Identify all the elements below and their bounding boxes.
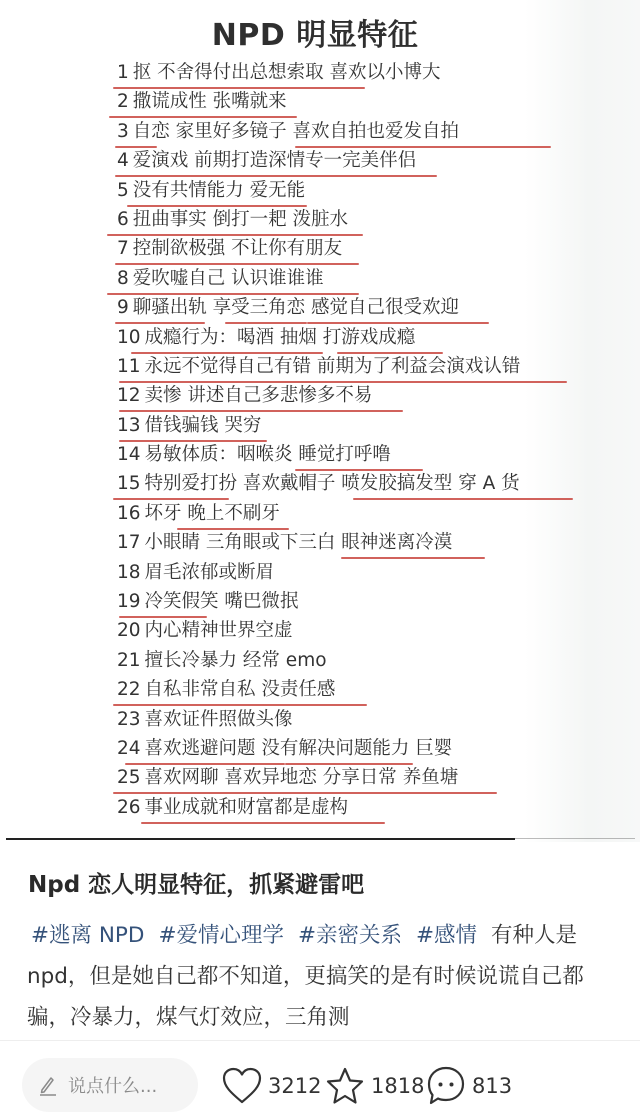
trait-item: 25喜欢网聊 喜欢异地恋 分享日常 养鱼塘 (117, 765, 617, 794)
trait-number: 8 (117, 268, 129, 289)
trait-number: 18 (117, 562, 141, 583)
like-count: 3212 (268, 1074, 321, 1098)
trait-item: 8爱吹嘘自己 认识谁谁谁 (117, 266, 617, 295)
post-body: #逃离 NPD#爱情心理学#亲密关系#感情有种人是npd，但是她自己都不知道，更… (27, 915, 607, 1038)
trait-number: 4 (117, 150, 129, 171)
trait-text: 眉毛浓郁或断眉 (145, 562, 275, 583)
trait-number: 6 (117, 209, 129, 230)
trait-text: 内心精神世界空虚 (145, 620, 293, 641)
trait-text: 自恋 家里好多镜子 喜欢自拍也爱发自拍 (133, 121, 459, 142)
trait-text: 自私非常自私 没责任感 (145, 679, 336, 700)
trait-item: 15特别爱打扮 喜欢戴帽子 喷发胶搞发型 穿 A 货 (117, 471, 617, 500)
comment-count: 813 (472, 1074, 512, 1098)
trait-item: 17小眼睛 三角眼或下三白 眼神迷离冷漠 (117, 530, 617, 559)
trait-number: 15 (117, 473, 141, 494)
trait-text: 易敏体质：咽喉炎 睡觉打呼噜 (145, 444, 391, 465)
heart-icon (222, 1067, 262, 1105)
trait-text: 喜欢逃避问题 没有解决问题能力 巨婴 (145, 738, 453, 759)
trait-item: 18眉毛浓郁或断眉 (117, 560, 617, 589)
trait-number: 10 (117, 327, 141, 348)
trait-item: 7控制欲极强 不让你有朋友 (117, 236, 617, 265)
trait-number: 20 (117, 620, 141, 641)
trait-number: 3 (117, 121, 129, 142)
trait-text: 永远不觉得自己有错 前期为了利益会演戏认错 (145, 356, 521, 377)
trait-number: 25 (117, 767, 141, 788)
star-icon (325, 1066, 365, 1106)
trait-text: 事业成就和财富都是虚构 (145, 797, 349, 818)
trait-item: 19冷笑假笑 嘴巴微抿 (117, 589, 617, 618)
trait-item: 21擅长冷暴力 经常 emo (117, 648, 617, 677)
trait-text: 扭曲事实 倒打一耙 泼脏水 (133, 209, 348, 230)
trait-item: 12卖惨 讲述自己多悲惨多不易 (117, 383, 617, 412)
trait-item: 2撒谎成性 张嘴就来 (117, 89, 617, 118)
post-image[interactable]: NPD 明显特征 1抠 不舍得付出总想索取 喜欢以小博大2撒谎成性 张嘴就来3自… (0, 0, 640, 842)
trait-item: 3自恋 家里好多镜子 喜欢自拍也爱发自拍 (117, 119, 617, 148)
trait-text: 没有共情能力 爱无能 (133, 180, 305, 201)
trait-text: 聊骚出轨 享受三角恋 感觉自己很受欢迎 (133, 297, 459, 318)
trait-text: 特别爱打扮 喜欢戴帽子 喷发胶搞发型 穿 A 货 (145, 473, 520, 494)
trait-number: 12 (117, 385, 141, 406)
trait-number: 16 (117, 503, 141, 524)
trait-item: 24喜欢逃避问题 没有解决问题能力 巨婴 (117, 736, 617, 765)
trait-item: 23喜欢证件照做头像 (117, 707, 617, 736)
trait-text: 控制欲极强 不让你有朋友 (133, 238, 342, 259)
trait-text: 借钱骗钱 哭穷 (145, 415, 262, 436)
trait-number: 17 (117, 532, 141, 553)
trait-item: 16坏牙 晚上不刷牙 (117, 501, 617, 530)
trait-item: 4爱演戏 前期打造深情专一完美伴侣 (117, 148, 617, 177)
hashtag-link[interactable]: #爱情心理学 (158, 923, 284, 948)
trait-item: 6扭曲事实 倒打一耙 泼脏水 (117, 207, 617, 236)
trait-number: 2 (117, 91, 129, 112)
trait-text: 抠 不舍得付出总想索取 喜欢以小博大 (133, 62, 441, 83)
trait-number: 22 (117, 679, 141, 700)
comment-button[interactable]: 813 (426, 1064, 512, 1108)
comment-input-placeholder: 说点什么... (68, 1072, 157, 1098)
trait-number: 1 (117, 62, 129, 83)
like-button[interactable]: 3212 (222, 1064, 321, 1108)
trait-number: 5 (117, 180, 129, 201)
trait-item: 9聊骚出轨 享受三角恋 感觉自己很受欢迎 (117, 295, 617, 324)
trait-text: 坏牙 晚上不刷牙 (145, 503, 280, 524)
pencil-icon (38, 1074, 58, 1096)
trait-number: 23 (117, 709, 141, 730)
trait-text: 喜欢网聊 喜欢异地恋 分享日常 养鱼塘 (145, 767, 459, 788)
post-title: Npd 恋人明显特征，抓紧避雷吧 (28, 866, 364, 899)
hashtag-link[interactable]: #逃离 NPD (31, 923, 144, 948)
chat-bubble-icon (426, 1065, 466, 1107)
comment-input[interactable]: 说点什么... (22, 1058, 198, 1112)
trait-number: 14 (117, 444, 141, 465)
trait-item: 1抠 不舍得付出总想索取 喜欢以小博大 (117, 60, 617, 89)
favorite-count: 1818 (371, 1074, 424, 1098)
trait-number: 19 (117, 591, 141, 612)
trait-text: 喜欢证件照做头像 (145, 709, 293, 730)
trait-list: 1抠 不舍得付出总想索取 喜欢以小博大2撒谎成性 张嘴就来3自恋 家里好多镜子 … (117, 60, 617, 824)
trait-item: 22自私非常自私 没责任感 (117, 677, 617, 706)
bottom-bar-divider (0, 1040, 640, 1041)
trait-item: 11永远不觉得自己有错 前期为了利益会演戏认错 (117, 354, 617, 383)
trait-item: 26事业成就和财富都是虚构 (117, 795, 617, 824)
trait-text: 成瘾行为：喝酒 抽烟 打游戏成瘾 (145, 327, 416, 348)
trait-text: 擅长冷暴力 经常 emo (145, 650, 327, 671)
trait-item: 10成瘾行为：喝酒 抽烟 打游戏成瘾 (117, 325, 617, 354)
trait-item: 5没有共情能力 爱无能 (117, 178, 617, 207)
trait-text: 爱演戏 前期打造深情专一完美伴侣 (133, 150, 416, 171)
image-bottom-divider (6, 838, 515, 840)
trait-number: 11 (117, 356, 141, 377)
trait-text: 爱吹嘘自己 认识谁谁谁 (133, 268, 324, 289)
trait-text: 小眼睛 三角眼或下三白 眼神迷离冷漠 (145, 532, 453, 553)
trait-number: 21 (117, 650, 141, 671)
trait-text: 卖惨 讲述自己多悲惨多不易 (145, 385, 373, 406)
image-title: NPD 明显特征 (0, 10, 640, 54)
trait-number: 7 (117, 238, 129, 259)
trait-number: 26 (117, 797, 141, 818)
trait-number: 9 (117, 297, 129, 318)
trait-item: 20内心精神世界空虚 (117, 618, 617, 647)
trait-item: 14易敏体质：咽喉炎 睡觉打呼噜 (117, 442, 617, 471)
favorite-button[interactable]: 1818 (325, 1064, 424, 1108)
trait-text: 撒谎成性 张嘴就来 (133, 91, 287, 112)
trait-item: 13借钱骗钱 哭穷 (117, 413, 617, 442)
trait-text: 冷笑假笑 嘴巴微抿 (145, 591, 299, 612)
hashtag-link[interactable]: #亲密关系 (298, 923, 402, 948)
hashtag-link[interactable]: #感情 (416, 923, 477, 948)
trait-number: 24 (117, 738, 141, 759)
highlight-underline (141, 822, 385, 824)
trait-number: 13 (117, 415, 141, 436)
